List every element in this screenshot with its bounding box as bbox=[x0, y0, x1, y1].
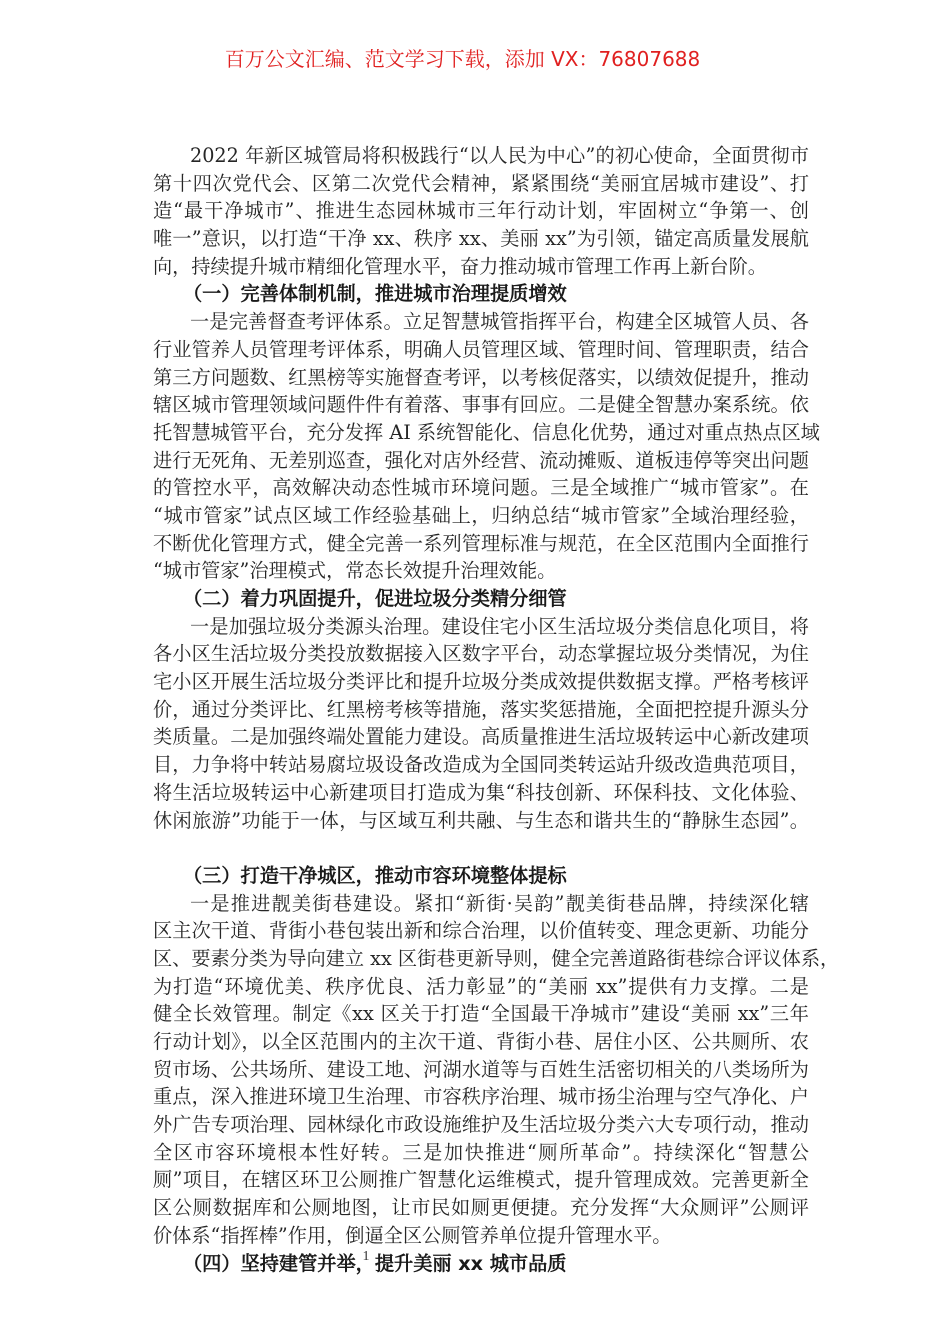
text-line: 行动计划》，以全区范围内的主次干道、背街小巷、居住小区、公共厕所、农 bbox=[153, 1028, 809, 1056]
text-line: 造“最干净城市”、推进生态园林城市三年行动计划，牢固树立“争第一、创 bbox=[153, 197, 809, 225]
watermark-banner: 百万公文汇编、范文学习下载，添加 VX：76807688 bbox=[0, 46, 925, 72]
text-line: 贸市场、公共场所、建设工地、河湖水道等与百姓生活密切相关的八类场所为 bbox=[153, 1056, 809, 1084]
text-line: 厕”项目，在辖区环卫公厕推广智慧化运维模式，提升管理成效。完善更新全 bbox=[153, 1166, 809, 1194]
page-number: 1 bbox=[356, 1249, 376, 1265]
text-line: 价，通过分类评比、红黑榜考核等措施，落实奖惩措施，全面把控提升源头分 bbox=[153, 696, 809, 724]
blank-line bbox=[153, 834, 809, 862]
text-line: 外广告专项治理、园林绿化市政设施维护及生活垃圾分类六大专项行动，推动 bbox=[153, 1111, 809, 1139]
text-line: 不断优化管理方式，健全完善一系列管理标准与规范，在全区范围内全面推行 bbox=[153, 530, 809, 558]
text-line: “城市管家”治理模式，常态长效提升治理效能。 bbox=[153, 557, 809, 585]
text-line: 向，持续提升城市精细化管理水平，奋力推动城市管理工作再上新台阶。 bbox=[153, 253, 809, 281]
section-2: （二）着力巩固提升，促进垃圾分类精分细管 一是加强垃圾分类源头治理。建设住宅小区… bbox=[153, 585, 809, 834]
text-line: 唯一”意识，以打造“干净 xx、秩序 xx、美丽 xx”为引领，锚定高质量发展航 bbox=[153, 225, 809, 253]
text-line: 区主次干道、背街小巷包装出新和综合治理，以价值转变、理念更新、功能分 bbox=[153, 917, 809, 945]
text-line: 第三方问题数、红黑榜等实施督查考评，以考核促落实，以绩效促提升，推动 bbox=[153, 364, 809, 392]
text-line: 一是推进靓美街巷建设。紧扣“新街·吴韵”靓美街巷品牌，持续深化辖 bbox=[153, 890, 809, 918]
text-line: 宅小区开展生活垃圾分类评比和提升垃圾分类成效提供数据支撑。严格考核评 bbox=[153, 668, 809, 696]
text-line: 第十四次党代会、区第二次党代会精神，紧紧围绕“美丽宜居城市建设”、打 bbox=[153, 170, 809, 198]
section-heading: （四）坚持建管并举，提升美丽 xx 城市品质 bbox=[153, 1250, 809, 1278]
text-line: 一是完善督查考评体系。立足智慧城管指挥平台，构建全区城管人员、各 bbox=[153, 308, 809, 336]
text-line: 目，力争将中转站易腐垃圾设备改造成为全国同类转运站升级改造典范项目， bbox=[153, 751, 809, 779]
text-line: 价体系“指挥棒”作用，倒逼全区公厕管养单位提升管理水平。 bbox=[153, 1222, 809, 1250]
intro-paragraph: 2022 年新区城管局将积极践行“以人民为中心”的初心使命，全面贯彻市 第十四次… bbox=[153, 142, 809, 280]
section-4: （四）坚持建管并举，提升美丽 xx 城市品质 bbox=[153, 1250, 809, 1278]
text-line: 健全长效管理。制定《xx 区关于打造“全国最干净城市”建设“美丽 xx”三年 bbox=[153, 1000, 809, 1028]
text-line: 区公厕数据库和公厕地图，让市民如厕更便捷。充分发挥“大众厕评”公厕评 bbox=[153, 1194, 809, 1222]
text-line: 的管控水平，高效解决动态性城市环境问题。三是全域推广“城市管家”。在 bbox=[153, 474, 809, 502]
text-line: 全区市容环境根本性好转。三是加快推进“厕所革命”。持续深化“智慧公 bbox=[153, 1139, 809, 1167]
section-3: （三）打造干净城区，推动市容环境整体提标 一是推进靓美街巷建设。紧扣“新街·吴韵… bbox=[153, 862, 809, 1250]
text-line: 类质量。二是加强终端处置能力建设。高质量推进生活垃圾转运中心新改建项 bbox=[153, 723, 809, 751]
section-1: （一）完善体制机制，推进城市治理提质增效 一是完善督查考评体系。立足智慧城管指挥… bbox=[153, 280, 809, 585]
text-line: 托智慧城管平台，充分发挥 AI 系统智能化、信息化优势，通过对重点热点区域 bbox=[153, 419, 809, 447]
section-heading: （三）打造干净城区，推动市容环境整体提标 bbox=[153, 862, 809, 890]
text-line: 区、要素分类为导向建立 xx 区街巷更新导则，健全完善道路街巷综合评议体系， bbox=[153, 945, 809, 973]
text-line: 2022 年新区城管局将积极践行“以人民为中心”的初心使命，全面贯彻市 bbox=[153, 142, 809, 170]
text-line: “城市管家”试点区域工作经验基础上，归纳总结“城市管家”全域治理经验， bbox=[153, 502, 809, 530]
text-line: 休闲旅游”功能于一体，与区域互利共融、与生态和谐共生的“静脉生态园”。 bbox=[153, 807, 809, 835]
section-heading: （一）完善体制机制，推进城市治理提质增效 bbox=[153, 280, 809, 308]
text-line: 一是加强垃圾分类源头治理。建设住宅小区生活垃圾分类信息化项目，将 bbox=[153, 613, 809, 641]
text-line: 为打造“环境优美、秩序优良、活力彰显”的“美丽 xx”提供有力支撑。二是 bbox=[153, 973, 809, 1001]
document-page: 百万公文汇编、范文学习下载，添加 VX：76807688 2022 年新区城管局… bbox=[0, 0, 950, 1344]
text-line: 进行无死角、无差别巡查，强化对店外经营、流动摊贩、道板违停等突出问题 bbox=[153, 447, 809, 475]
text-line: 各小区生活垃圾分类投放数据接入区数字平台，动态掌握垃圾分类情况，为住 bbox=[153, 640, 809, 668]
document-body: 2022 年新区城管局将积极践行“以人民为中心”的初心使命，全面贯彻市 第十四次… bbox=[153, 142, 809, 1277]
text-line: 辖区城市管理领域问题件件有着落、事事有回应。二是健全智慧办案系统。依 bbox=[153, 391, 809, 419]
text-line: 重点，深入推进环境卫生治理、市容秩序治理、城市扬尘治理与空气净化、户 bbox=[153, 1083, 809, 1111]
section-heading: （二）着力巩固提升，促进垃圾分类精分细管 bbox=[153, 585, 809, 613]
text-line: 将生活垃圾转运中心新建项目打造成为集“科技创新、环保科技、文化体验、 bbox=[153, 779, 809, 807]
text-line: 行业管养人员管理考评体系，明确人员管理区域、管理时间、管理职责，结合 bbox=[153, 336, 809, 364]
